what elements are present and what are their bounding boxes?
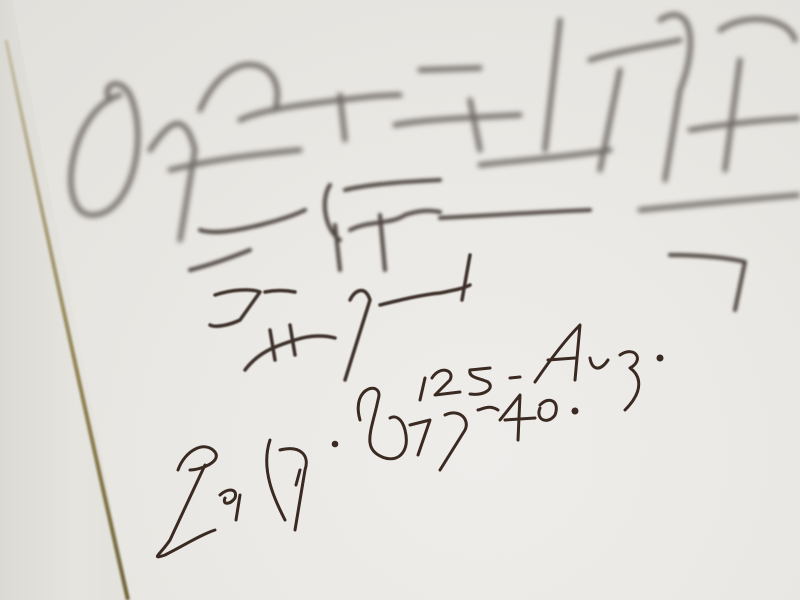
manuscript-photo: Leipzig. d. 25. Aug. 1740. attestiret [0, 0, 800, 600]
handwriting-date [0, 0, 800, 600]
